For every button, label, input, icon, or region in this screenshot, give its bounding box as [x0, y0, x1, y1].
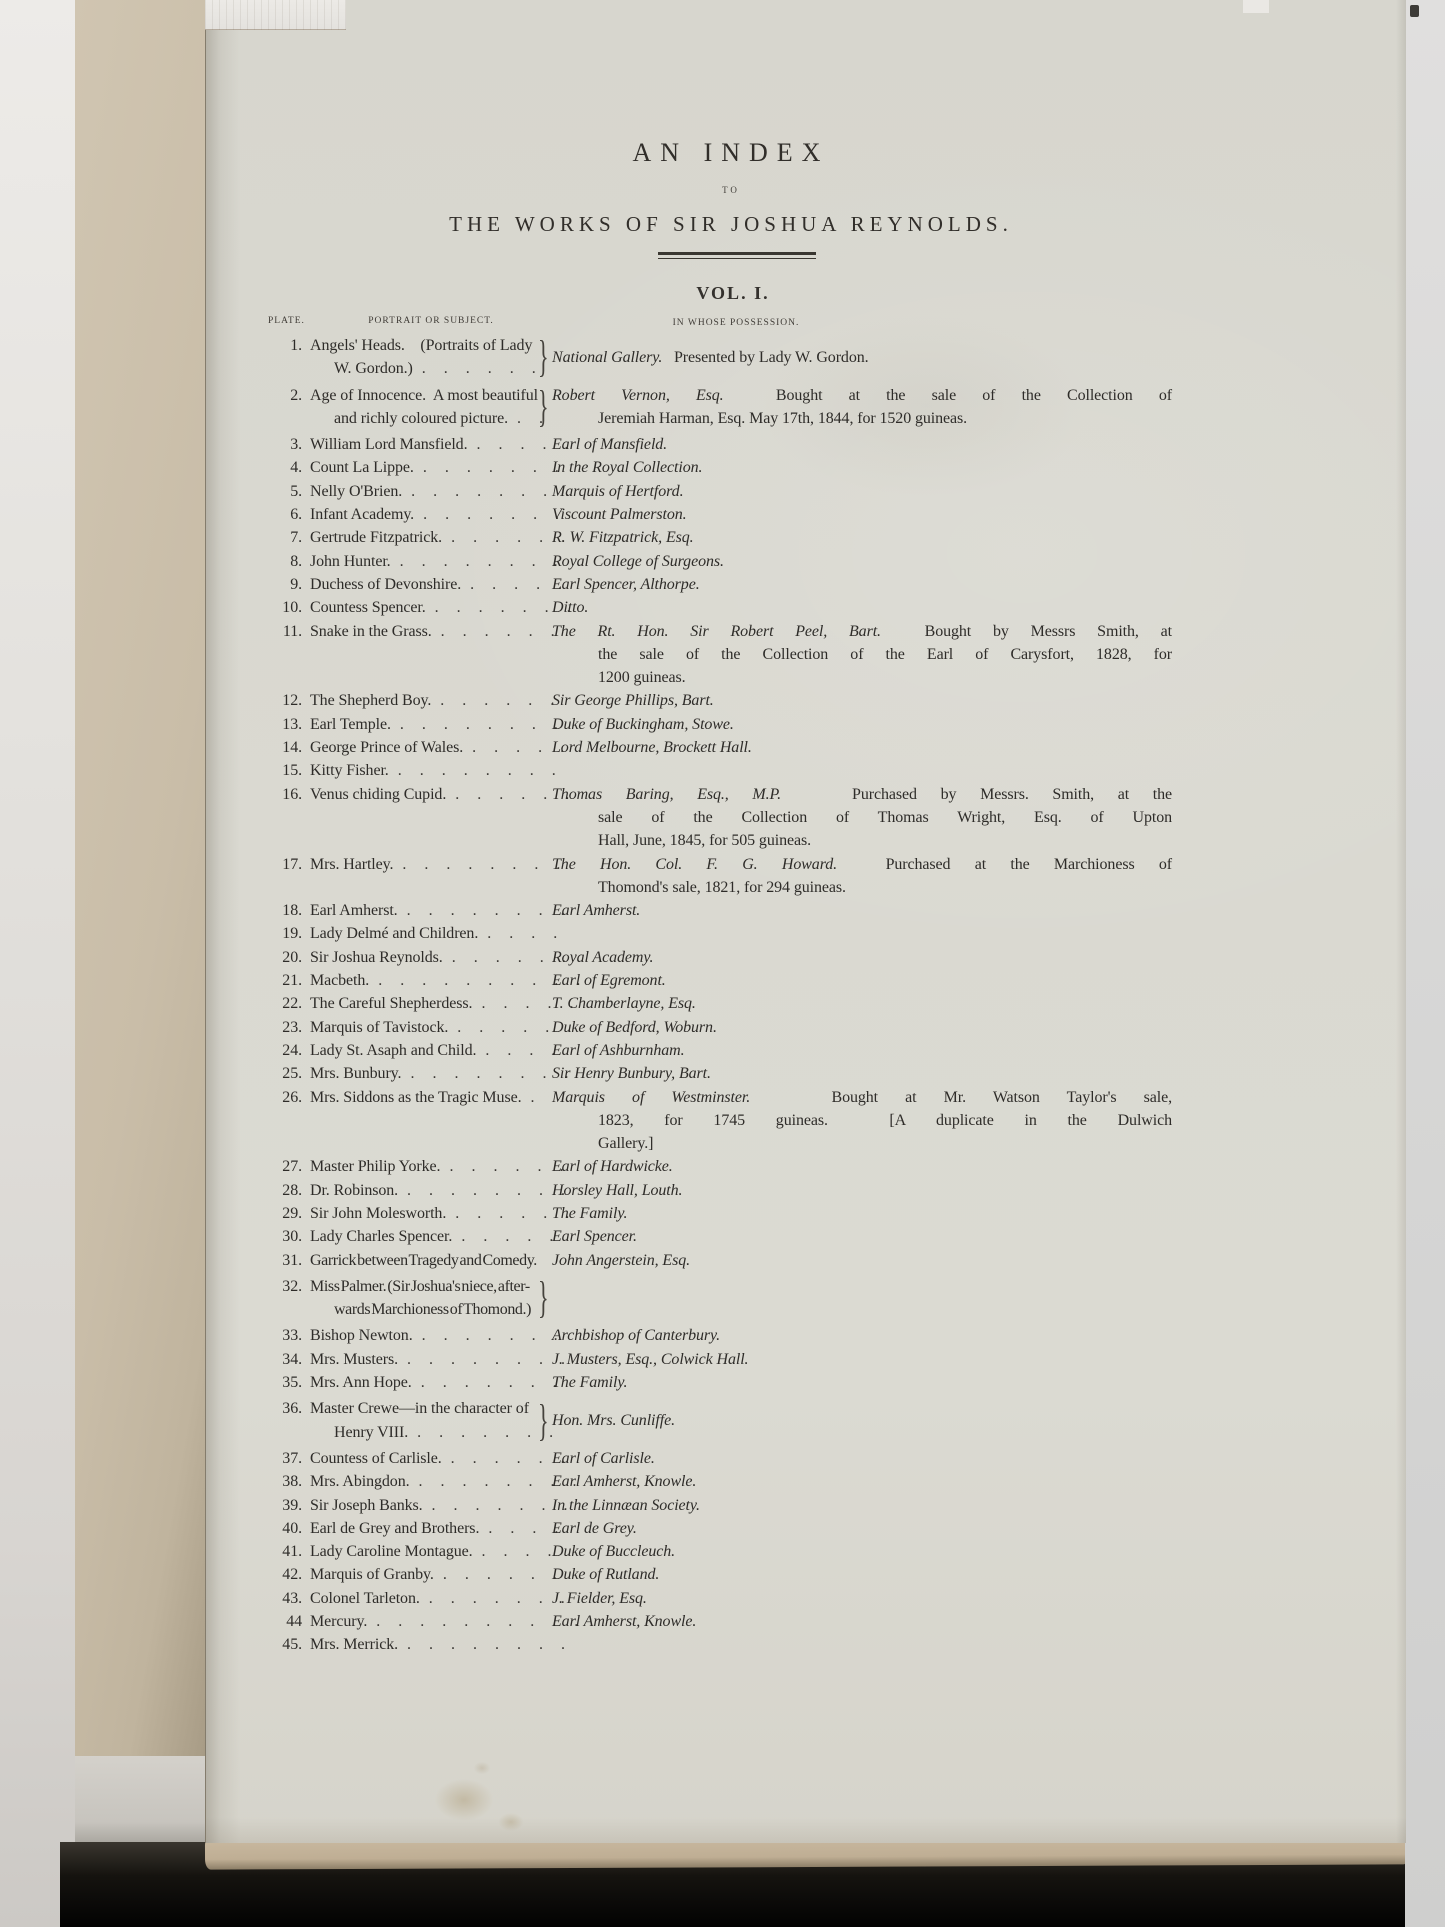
subject-line: Earl Amherst.. . . . . . . .: [310, 899, 534, 922]
possession-note: Bought at the sale of the Collection of: [724, 387, 1172, 404]
subject-line: George Prince of Wales.. . . . .: [310, 736, 534, 759]
subject-line: John Hunter.. . . . . . . .: [310, 550, 534, 573]
index-entries: 1.Angels' Heads. (Portraits of LadyW. Go…: [268, 331, 1268, 1657]
index-entry: 23.Marquis of Tavistock.. . . . . .Duke …: [268, 1016, 1268, 1039]
subject-cell: Lady St. Asaph and Child.. . . .: [310, 1039, 534, 1062]
index-entry: 14.George Prince of Wales.. . . . .Lord …: [268, 736, 1268, 759]
subject-cell: Infant Academy.. . . . . . .: [310, 503, 534, 526]
possession-line: sale of the Collection of Thomas Wright,…: [552, 806, 1172, 829]
index-entry: 1.Angels' Heads. (Portraits of LadyW. Go…: [268, 334, 1268, 381]
index-entry: 19.Lady Delmé and Children.. . . .: [268, 922, 1268, 945]
possession-owner: Lord Melbourne, Brockett Hall.: [552, 739, 752, 756]
subject-cell: William Lord Mansfield.. . . . .: [310, 433, 534, 456]
possession-owner: National Gallery.: [552, 349, 662, 366]
possession-cell: Earl Amherst.: [550, 899, 1172, 922]
index-entry: 21.Macbeth.. . . . . . . . . .Earl of Eg…: [268, 969, 1268, 992]
index-entry: 20.Sir Joshua Reynolds.. . . . . .Royal …: [268, 946, 1268, 969]
subject-cell: Macbeth.. . . . . . . . . .: [310, 969, 534, 992]
dot-leaders: . . . . . . . .: [398, 762, 563, 779]
dot-leaders: . . . . . . . .: [407, 1636, 572, 1653]
index-entry: 35.Mrs. Ann Hope.. . . . . . .The Family…: [268, 1371, 1268, 1394]
subject-cell: Sir John Molesworth.. . . . . .: [310, 1202, 534, 1225]
possession-line: Earl of Mansfield.: [552, 433, 1172, 456]
possession-owner: Horsley Hall, Louth.: [552, 1182, 682, 1199]
possession-line: The Hon. Col. F. G. Howard. Purchased at…: [552, 853, 1172, 876]
possession-cell: Marquis of Hertford.: [550, 480, 1172, 503]
possession-cell: Royal College of Surgeons.: [550, 550, 1172, 573]
index-entry: 43.Colonel Tarleton.. . . . . . .J. Fiel…: [268, 1587, 1268, 1610]
possession-cell: In the Linnæan Society.: [550, 1494, 1172, 1517]
subject-cell: Angels' Heads. (Portraits of LadyW. Gord…: [310, 334, 534, 381]
possession-owner: T. Chamberlayne, Esq.: [552, 995, 696, 1012]
subject-cell: Sir Joseph Banks.. . . . . . .: [310, 1494, 534, 1517]
possession-line: Horsley Hall, Louth.: [552, 1179, 1172, 1202]
possession-cell: In the Royal Collection.: [550, 456, 1172, 479]
possession-owner: Earl of Ashburnham.: [552, 1042, 684, 1059]
possession-note: Jeremiah Harman, Esq. May 17th, 1844, fo…: [598, 410, 967, 427]
possession-owner: Earl Amherst, Knowle.: [552, 1473, 696, 1490]
possession-owner: Royal College of Surgeons.: [552, 553, 724, 570]
plate-number: 5.: [268, 480, 302, 503]
subject-line: Infant Academy.. . . . . . .: [310, 503, 534, 526]
subject-cell: Mrs. Musters.. . . . . . . .: [310, 1348, 534, 1371]
possession-owner: Duke of Buckingham, Stowe.: [552, 716, 734, 733]
possession-cell: Hon. Mrs. Cunliffe.: [550, 1409, 1172, 1432]
possession-note: Bought at Mr. Watson Taylor's sale,: [750, 1089, 1172, 1106]
plate-number: 35.: [268, 1371, 302, 1394]
plate-number: 24.: [268, 1039, 302, 1062]
possession-cell: Viscount Palmerston.: [550, 503, 1172, 526]
plate-number: 2.: [268, 384, 302, 407]
title-block: AN INDEX TO THE WORKS OF SIR JOSHUA REYN…: [206, 138, 1256, 237]
dot-leaders: . . . . . . .: [423, 459, 566, 476]
plate-number: 42.: [268, 1563, 302, 1586]
possession-owner: John Angerstein, Esq.: [552, 1252, 690, 1269]
subject-cell: Marquis of Tavistock.. . . . . .: [310, 1016, 534, 1039]
dot-leaders: . . . . .: [461, 1228, 560, 1245]
possession-line: R. W. Fitzpatrick, Esq.: [552, 526, 1172, 549]
possession-cell: The Rt. Hon. Sir Robert Peel, Bart. Boug…: [550, 620, 1172, 690]
page-edges-top-sliver: [1243, 0, 1269, 13]
volume-heading: VOL. I.: [206, 283, 1260, 304]
index-entry: 18.Earl Amherst.. . . . . . . .Earl Amhe…: [268, 899, 1268, 922]
index-entry: 16.Venus chiding Cupid.. . . . . .Thomas…: [268, 783, 1268, 853]
subject-cell: Kitty Fisher.. . . . . . . .: [310, 759, 534, 782]
possession-owner: Earl of Hardwicke.: [552, 1158, 673, 1175]
subject-cell: The Shepherd Boy.. . . . . .: [310, 689, 534, 712]
subject-cell: Mrs. Ann Hope.. . . . . . .: [310, 1371, 534, 1394]
dot-leaders: .: [530, 1089, 541, 1106]
subject-cell: Marquis of Granby.. . . . . .: [310, 1563, 534, 1586]
plate-number: 28.: [268, 1179, 302, 1202]
plate-number: 22.: [268, 992, 302, 1015]
plate-number: 25.: [268, 1062, 302, 1085]
possession-note: Bought by Messrs Smith, at: [881, 623, 1172, 640]
subject-line: Mrs. Hartley.. . . . . . . .: [310, 853, 534, 876]
possession-line: Ditto.: [552, 596, 1172, 619]
plate-number: 32.: [268, 1275, 302, 1298]
possession-cell: Earl de Grey.: [550, 1517, 1172, 1540]
plate-number: 17.: [268, 853, 302, 876]
possession-owner: Archbishop of Canterbury.: [552, 1327, 720, 1344]
possession-cell: The Hon. Col. F. G. Howard. Purchased at…: [550, 853, 1172, 900]
possession-line: Thomond's sale, 1821, for 294 guineas.: [552, 876, 1172, 899]
plate-number: 45.: [268, 1633, 302, 1656]
plate-number: 6.: [268, 503, 302, 526]
subject-line: Sir Joseph Banks.. . . . . . .: [310, 1494, 534, 1517]
possession-line: Duke of Buccleuch.: [552, 1540, 1172, 1563]
possession-line: Duke of Rutland.: [552, 1563, 1172, 1586]
index-entry: 11.Snake in the Grass.. . . . . .The Rt.…: [268, 620, 1268, 690]
facing-page-edge: [75, 0, 207, 1758]
possession-line: Duke of Buckingham, Stowe.: [552, 713, 1172, 736]
index-entry: 27.Master Philip Yorke.. . . . . .Earl o…: [268, 1155, 1268, 1178]
possession-line: Robert Vernon, Esq. Bought at the sale o…: [552, 384, 1172, 407]
possession-owner: Earl Spencer, Althorpe.: [552, 576, 700, 593]
possession-owner: Marquis of Westminster.: [552, 1089, 750, 1106]
possession-line: Earl de Grey.: [552, 1517, 1172, 1540]
subject-cell: Nelly O'Brien.. . . . . . . .: [310, 480, 534, 503]
possession-line: Duke of Bedford, Woburn.: [552, 1016, 1172, 1039]
plate-number: 13.: [268, 713, 302, 736]
plate-number: 23.: [268, 1016, 302, 1039]
possession-note: the sale of the Collection of the Earl o…: [598, 646, 1172, 663]
possession-cell: Duke of Buckingham, Stowe.: [550, 713, 1172, 736]
possession-cell: Marquis of Westminster. Bought at Mr. Wa…: [550, 1086, 1172, 1156]
subject-line: Macbeth.. . . . . . . . . .: [310, 969, 534, 992]
possession-owner: Earl Amherst.: [552, 902, 640, 919]
plate-number: 7.: [268, 526, 302, 549]
subject-cell: Master Crewe—in the character ofHenry VI…: [310, 1397, 534, 1444]
subject-line: Lady Charles Spencer.. . . . .: [310, 1225, 534, 1248]
dot-leaders: . . . . . . . .: [402, 856, 567, 873]
subject-cell: John Hunter.. . . . . . . .: [310, 550, 534, 573]
possession-cell: Sir Henry Bunbury, Bart.: [550, 1062, 1172, 1085]
possession-line: T. Chamberlayne, Esq.: [552, 992, 1172, 1015]
plate-number: 14.: [268, 736, 302, 759]
index-entry: 41.Lady Caroline Montague.. . . .Duke of…: [268, 1540, 1268, 1563]
column-header-subject: PORTRAIT OR SUBJECT.: [364, 316, 498, 326]
possession-owner: Hon. Mrs. Cunliffe.: [552, 1412, 675, 1429]
possession-cell: Archbishop of Canterbury.: [550, 1324, 1172, 1347]
possession-cell: Royal Academy.: [550, 946, 1172, 969]
closing-brace: }: [538, 385, 546, 429]
possession-line: Marquis of Westminster. Bought at Mr. Wa…: [552, 1086, 1172, 1109]
possession-owner: Earl of Mansfield.: [552, 436, 667, 453]
possession-owner: In the Royal Collection.: [552, 459, 702, 476]
possession-line: The Family.: [552, 1371, 1172, 1394]
dot-leaders: . . . . . . . .: [400, 716, 565, 733]
possession-cell: Earl of Mansfield.: [550, 433, 1172, 456]
subject-line: Dr. Robinson.. . . . . . . .: [310, 1179, 534, 1202]
subject-line: and richly coloured picture.. .: [310, 407, 534, 430]
subject-cell: Gertrude Fitzpatrick.. . . . . .: [310, 526, 534, 549]
subject-cell: Lady Charles Spencer.. . . . .: [310, 1225, 534, 1248]
index-entry: 4.Count La Lippe.. . . . . . .In the Roy…: [268, 456, 1268, 479]
subject-cell: Lady Delmé and Children.. . . .: [310, 922, 534, 945]
subject-line: Duchess of Devonshire.. . . . .: [310, 573, 534, 596]
plate-number: 37.: [268, 1447, 302, 1470]
index-entry: 8.John Hunter.. . . . . . . .Royal Colle…: [268, 550, 1268, 573]
possession-owner: Viscount Palmerston.: [552, 506, 687, 523]
subject-cell: Colonel Tarleton.. . . . . . .: [310, 1587, 534, 1610]
possession-cell: Sir George Phillips, Bart.: [550, 689, 1172, 712]
possession-note: Presented by Lady W. Gordon.: [662, 349, 868, 366]
subject-line: The Shepherd Boy.. . . . . .: [310, 689, 534, 712]
possession-line: Earl of Carlisle.: [552, 1447, 1172, 1470]
possession-line: National Gallery. Presented by Lady W. G…: [552, 346, 1172, 369]
subject-line: Master Philip Yorke.. . . . . .: [310, 1155, 534, 1178]
possession-line: In the Linnæan Society.: [552, 1494, 1172, 1517]
index-entry: 15.Kitty Fisher.. . . . . . . .: [268, 759, 1268, 782]
possession-owner: Sir Henry Bunbury, Bart.: [552, 1065, 711, 1082]
subject-line: Mercury.. . . . . . . . . .: [310, 1610, 534, 1633]
possession-owner: The Family.: [552, 1205, 627, 1222]
possession-owner: Earl de Grey.: [552, 1520, 637, 1537]
possession-line: J. Fielder, Esq.: [552, 1587, 1172, 1610]
index-entry: 45.Mrs. Merrick.. . . . . . . .: [268, 1633, 1268, 1656]
possession-line: Earl Amherst, Knowle.: [552, 1610, 1172, 1633]
possession-cell: Earl of Carlisle.: [550, 1447, 1172, 1470]
plate-number: 33.: [268, 1324, 302, 1347]
possession-cell: Ditto.: [550, 596, 1172, 619]
possession-note: 1823, for 1745 guineas. [A duplicate in …: [598, 1112, 1172, 1129]
plate-number: 26.: [268, 1086, 302, 1109]
plate-number: 39.: [268, 1494, 302, 1517]
subject-line: Earl Temple.. . . . . . . .: [310, 713, 534, 736]
page-title: AN INDEX: [206, 138, 1256, 168]
subject-cell: Earl Temple.. . . . . . . .: [310, 713, 534, 736]
possession-cell: J. Musters, Esq., Colwick Hall.: [550, 1348, 1172, 1371]
possession-line: In the Royal Collection.: [552, 456, 1172, 479]
possession-owner: Marquis of Hertford.: [552, 483, 684, 500]
possession-owner: Earl Amherst, Knowle.: [552, 1613, 696, 1630]
possession-cell: Horsley Hall, Louth.: [550, 1179, 1172, 1202]
possession-owner: The Hon. Col. F. G. Howard.: [552, 856, 837, 873]
photo-backdrop-left: [0, 0, 78, 1927]
possession-cell: Earl Amherst, Knowle.: [550, 1610, 1172, 1633]
subject-line: Miss Palmer. (Sir Joshua's niece, after-: [310, 1275, 534, 1298]
plate-number: 18.: [268, 899, 302, 922]
closing-brace: }: [538, 1276, 546, 1320]
possession-owner: Duke of Rutland.: [552, 1566, 659, 1583]
index-entry: 7.Gertrude Fitzpatrick.. . . . . .R. W. …: [268, 526, 1268, 549]
plate-number: 3.: [268, 433, 302, 456]
subject-line: Sir Joshua Reynolds.. . . . . .: [310, 946, 534, 969]
possession-line: Gallery.]: [552, 1132, 1172, 1155]
subject-cell: Countess of Carlisle.. . . . . .: [310, 1447, 534, 1470]
possession-line: Archbishop of Canterbury.: [552, 1324, 1172, 1347]
subject-cell: Age of Innocence. A most beautifuland ri…: [310, 384, 534, 431]
subject-line: Garrick between Tragedy and Comedy.: [310, 1249, 534, 1272]
dot-leaders: . . . . . .: [422, 360, 543, 377]
possession-owner: In the Linnæan Society.: [552, 1497, 700, 1514]
photo-artifact: [1410, 5, 1419, 17]
possession-cell: Duke of Rutland.: [550, 1563, 1172, 1586]
possession-note: sale of the Collection of Thomas Wright,…: [598, 809, 1172, 826]
page-edges-top: [205, 0, 346, 30]
plate-number: 10.: [268, 596, 302, 619]
plate-number: 15.: [268, 759, 302, 782]
possession-owner: Robert Vernon, Esq.: [552, 387, 724, 404]
subject-line: Master Crewe—in the character of: [310, 1397, 534, 1420]
possession-owner: R. W. Fitzpatrick, Esq.: [552, 529, 694, 546]
plate-number: 21.: [268, 969, 302, 992]
plate-number: 29.: [268, 1202, 302, 1225]
possession-cell: T. Chamberlayne, Esq.: [550, 992, 1172, 1015]
plate-number: 30.: [268, 1225, 302, 1248]
index-entry: 42.Marquis of Granby.. . . . . .Duke of …: [268, 1563, 1268, 1586]
subject-cell: George Prince of Wales.. . . . .: [310, 736, 534, 759]
plate-number: 12.: [268, 689, 302, 712]
subject-line: Marquis of Granby.. . . . . .: [310, 1563, 534, 1586]
possession-line: Viscount Palmerston.: [552, 503, 1172, 526]
index-entry: 26.Mrs. Siddons as the Tragic Muse..Marq…: [268, 1086, 1268, 1156]
subject-line: Lady St. Asaph and Child.. . . .: [310, 1039, 534, 1062]
index-entry: 29.Sir John Molesworth.. . . . . .The Fa…: [268, 1202, 1268, 1225]
subject-cell: Sir Joshua Reynolds.. . . . . .: [310, 946, 534, 969]
possession-cell: Earl of Hardwicke.: [550, 1155, 1172, 1178]
possession-line: Sir Henry Bunbury, Bart.: [552, 1062, 1172, 1085]
plate-number: 9.: [268, 573, 302, 596]
possession-cell: John Angerstein, Esq.: [550, 1249, 1172, 1272]
subject-cell: Mrs. Hartley.. . . . . . . .: [310, 853, 534, 876]
index-entry: 30.Lady Charles Spencer.. . . . .Earl Sp…: [268, 1225, 1268, 1248]
plate-number: 43.: [268, 1587, 302, 1610]
subject-line: Angels' Heads. (Portraits of Lady: [310, 334, 534, 357]
possession-cell: Duke of Bedford, Woburn.: [550, 1016, 1172, 1039]
dot-leaders: . . . . . . .: [421, 1374, 564, 1391]
index-entry: 31.Garrick between Tragedy and Comedy.Jo…: [268, 1249, 1268, 1272]
closing-brace: }: [538, 1399, 546, 1443]
plate-number: 16.: [268, 783, 302, 806]
possession-line: The Family.: [552, 1202, 1172, 1225]
possession-line: Lord Melbourne, Brockett Hall.: [552, 736, 1172, 759]
subject-line: Mrs. Abingdon.. . . . . . . .: [310, 1470, 534, 1493]
closing-brace: }: [538, 335, 546, 379]
subject-line: Countess of Carlisle.. . . . . .: [310, 1447, 534, 1470]
index-entry: 34.Mrs. Musters.. . . . . . . .J. Muster…: [268, 1348, 1268, 1371]
title-to: TO: [206, 185, 1256, 195]
possession-line: 1823, for 1745 guineas. [A duplicate in …: [552, 1109, 1172, 1132]
dot-leaders: . . . . . . . .: [407, 902, 572, 919]
subject-line: Earl de Grey and Brothers.. . . .: [310, 1517, 534, 1540]
index-entry: 25.Mrs. Bunbury.. . . . . . . .Sir Henry…: [268, 1062, 1268, 1085]
subject-line: William Lord Mansfield.. . . . .: [310, 433, 534, 456]
subject-cell: Mercury.. . . . . . . . . .: [310, 1610, 534, 1633]
possession-cell: R. W. Fitzpatrick, Esq.: [550, 526, 1172, 549]
subject-line: Lady Delmé and Children.. . . .: [310, 922, 534, 945]
possession-cell: Duke of Buccleuch.: [550, 1540, 1172, 1563]
index-entry: 12.The Shepherd Boy.. . . . . .Sir Georg…: [268, 689, 1268, 712]
plate-number: 19.: [268, 922, 302, 945]
index-entry: 24.Lady St. Asaph and Child.. . . .Earl …: [268, 1039, 1268, 1062]
subject-line: W. Gordon.). . . . . .: [310, 357, 534, 380]
subject-line: Henry VIII.. . . . . . .: [310, 1421, 534, 1444]
possession-cell: Earl Spencer, Althorpe.: [550, 573, 1172, 596]
possession-line: Marquis of Hertford.: [552, 480, 1172, 503]
possession-owner: Duke of Bedford, Woburn.: [552, 1019, 717, 1036]
subject-line: Lady Caroline Montague.. . . .: [310, 1540, 534, 1563]
possession-note: Gallery.]: [598, 1135, 653, 1152]
index-entry: 10.Countess Spencer.. . . . . . .Ditto.: [268, 596, 1268, 619]
index-page: AN INDEX TO THE WORKS OF SIR JOSHUA REYN…: [205, 0, 1406, 1843]
subject-line: Sir John Molesworth.. . . . . .: [310, 1202, 534, 1225]
dot-leaders: . . . . . .: [440, 692, 561, 709]
subject-line: Bishop Newton.. . . . . . .: [310, 1324, 534, 1347]
index-entry: 9.Duchess of Devonshire.. . . . .Earl Sp…: [268, 573, 1268, 596]
plate-number: 40.: [268, 1517, 302, 1540]
possession-line: Sir George Phillips, Bart.: [552, 689, 1172, 712]
possession-cell: Earl Spencer.: [550, 1225, 1172, 1248]
plate-number: 11.: [268, 620, 302, 643]
subject-line: Kitty Fisher.. . . . . . . .: [310, 759, 534, 782]
possession-cell: Robert Vernon, Esq. Bought at the sale o…: [550, 384, 1172, 431]
possession-line: Earl of Ashburnham.: [552, 1039, 1172, 1062]
possession-line: Earl Spencer, Althorpe.: [552, 573, 1172, 596]
subject-cell: Earl Amherst.. . . . . . . .: [310, 899, 534, 922]
subject-cell: Duchess of Devonshire.. . . . .: [310, 573, 534, 596]
possession-line: J. Musters, Esq., Colwick Hall.: [552, 1348, 1172, 1371]
possession-note: Purchased by Messrs. Smith, at the: [781, 786, 1172, 803]
index-entry: 22.The Careful Shepherdess.. . . . .T. C…: [268, 992, 1268, 1015]
possession-owner: J. Musters, Esq., Colwick Hall.: [552, 1351, 748, 1368]
possession-line: Earl of Egremont.: [552, 969, 1172, 992]
index-entry: 28.Dr. Robinson.. . . . . . . .Horsley H…: [268, 1179, 1268, 1202]
divider-rule: [658, 252, 816, 259]
possession-line: Earl of Hardwicke.: [552, 1155, 1172, 1178]
subject-line: Venus chiding Cupid.. . . . . .: [310, 783, 534, 806]
column-header-plate: PLATE.: [268, 316, 305, 326]
dot-leaders: . . . . . . .: [423, 506, 566, 523]
possession-owner: The Family.: [552, 1374, 627, 1391]
plate-number: 38.: [268, 1470, 302, 1493]
possession-line: Jeremiah Harman, Esq. May 17th, 1844, fo…: [552, 407, 1172, 430]
possession-note: Hall, June, 1845, for 505 guineas.: [598, 832, 811, 849]
possession-cell: J. Fielder, Esq.: [550, 1587, 1172, 1610]
subject-cell: Lady Caroline Montague.. . . .: [310, 1540, 534, 1563]
possession-line: Earl Amherst, Knowle.: [552, 1470, 1172, 1493]
subject-line: Mrs. Siddons as the Tragic Muse..: [310, 1086, 534, 1109]
book-photograph: AN INDEX TO THE WORKS OF SIR JOSHUA REYN…: [0, 0, 1445, 1927]
index-entry: 40.Earl de Grey and Brothers.. . . .Earl…: [268, 1517, 1268, 1540]
subject-line: Age of Innocence. A most beautiful: [310, 384, 534, 407]
subject-cell: The Careful Shepherdess.. . . . .: [310, 992, 534, 1015]
possession-line: Royal College of Surgeons.: [552, 550, 1172, 573]
subject-cell: Mrs. Merrick.. . . . . . . .: [310, 1633, 534, 1656]
possession-owner: Ditto.: [552, 599, 588, 616]
possession-cell: The Family.: [550, 1371, 1172, 1394]
subject-line: Mrs. Merrick.. . . . . . . .: [310, 1633, 534, 1656]
subject-line: Snake in the Grass.. . . . . .: [310, 620, 534, 643]
possession-line: John Angerstein, Esq.: [552, 1249, 1172, 1272]
possession-cell: Earl Amherst, Knowle.: [550, 1470, 1172, 1493]
plate-number: 34.: [268, 1348, 302, 1371]
possession-note: 1200 guineas.: [598, 669, 686, 686]
subject-cell: Master Philip Yorke.. . . . . .: [310, 1155, 534, 1178]
subject-cell: Miss Palmer. (Sir Joshua's niece, after-…: [310, 1275, 534, 1322]
index-entry: 33.Bishop Newton.. . . . . . .Archbishop…: [268, 1324, 1268, 1347]
subject-line: The Careful Shepherdess.. . . . .: [310, 992, 534, 1015]
plate-number: 31.: [268, 1249, 302, 1272]
subject-line: Count La Lippe.. . . . . . .: [310, 456, 534, 479]
plate-number: 8.: [268, 550, 302, 573]
possession-line: The Rt. Hon. Sir Robert Peel, Bart. Boug…: [552, 620, 1172, 643]
possession-line: the sale of the Collection of the Earl o…: [552, 643, 1172, 666]
plate-number: 44: [268, 1610, 302, 1633]
possession-cell: The Family.: [550, 1202, 1172, 1225]
subject-line: wards Marchioness of Thomond.): [310, 1298, 534, 1321]
